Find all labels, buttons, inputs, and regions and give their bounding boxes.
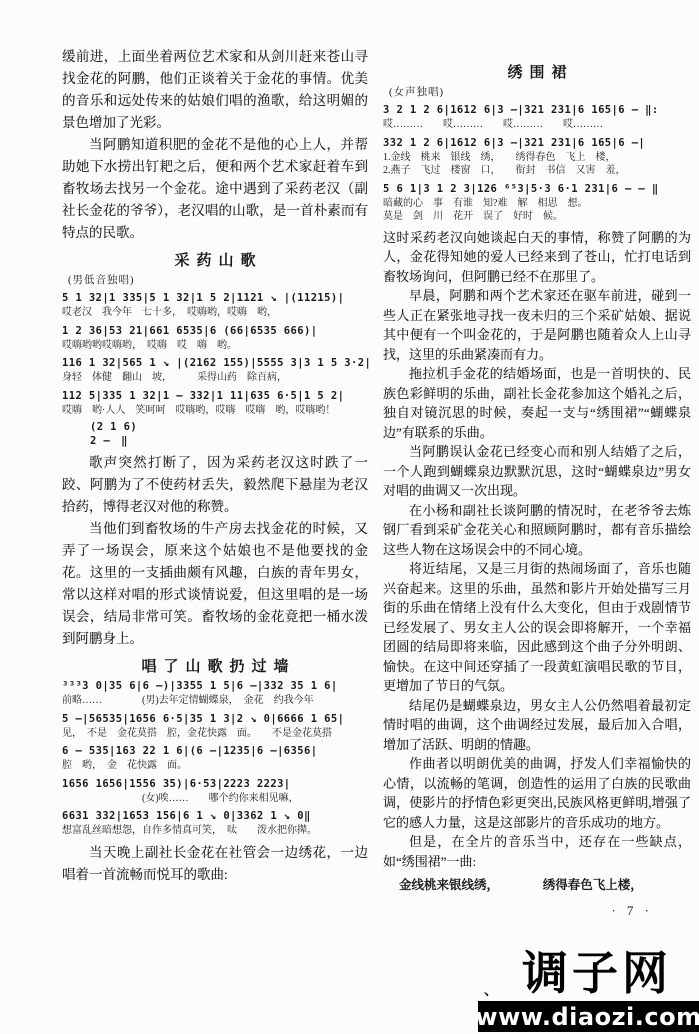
paragraph: 早晨，阿鹏和两个艺术家还在驱车前进，碰到一些人正在紧张地寻找一夜未归的三个采矿姑… bbox=[383, 286, 691, 364]
score-system: 5 1 32|1 335|5 1 32|1 5 2|1121 ↘ |(11215… bbox=[62, 290, 368, 320]
paragraph: 在小杨和副社长谈阿鹏的情况时，在老爷爷去炼钢厂看到采矿金花关心和照顾阿鹏时，都有… bbox=[383, 501, 691, 560]
score-system: 3 2 1 2 6|1612 6|3 —|321 231|6 165|6 — ‖… bbox=[383, 102, 691, 132]
score-system: 1 2 36|53 21|661 6535|6 (66|6535 666)| 哎… bbox=[62, 323, 368, 353]
notation-line: 3 2 1 2 6|1612 6|3 —|321 231|6 165|6 — ‖… bbox=[383, 102, 691, 118]
music-score-changle-shange: 唱了山歌扔过墙 ³³³3 0|35 6|6 —)|3355 1 5|6 —|33… bbox=[62, 655, 368, 838]
paragraph: 作曲者以明朗优美的曲调，抒发人们幸福愉快的心情，以流畅的笔调，创造性的运用了白族… bbox=[383, 754, 691, 832]
music-score-xiu-weiqun: 绣围裙 (女声独唱) 3 2 1 2 6|1612 6|3 —|321 231|… bbox=[383, 61, 691, 224]
lyric-line: 见， 不是 金花莫搭 腔，金花快露 面。 不是金花莫搭 bbox=[62, 727, 368, 741]
score-system: ³³³3 0|35 6|6 —)|3355 1 5|6 —|332 35 1 6… bbox=[62, 678, 368, 708]
scanned-document-page: 缓前进，上面坐着两位艺术家和从剑川赶来苍山寻找金花的阿鹏，他们正谈着关于金花的事… bbox=[0, 0, 699, 1034]
score-system: 6 — 535|163 22 1 6|(6 —|1235|6 —|6356| 腔… bbox=[62, 743, 368, 773]
lyric-line: 哎嗨 哟·人人 笑呵呵 哎嗨哟，哎嗨 哎嗨 哟，哎嗨哟！ bbox=[62, 404, 368, 418]
notation-line: 5 1 32|1 335|5 1 32|1 5 2|1121 ↘ |(11215… bbox=[62, 290, 368, 306]
music-score-caiyao-shange: 采药山歌 (男低音独唱) 5 1 32|1 335|5 1 32|1 5 2|1… bbox=[62, 249, 368, 448]
score-caption: (女声独唱) bbox=[389, 84, 691, 99]
lyric-line: 2.燕子 飞过 楼窗 口， 衔封 书信 又害 羞， bbox=[383, 164, 691, 178]
score-title: 唱了山歌扔过墙 bbox=[62, 655, 368, 676]
paragraph: 这时采药老汉向她谈起白天的事情，称赞了阿鹏的为人，金花得知她的爱人已经来到了苍山… bbox=[383, 228, 691, 287]
paragraph: 但是，在全片的音乐当中，还存在一些缺点，如“绣围裙”一曲: bbox=[383, 832, 691, 871]
quoted-lyric-line: 金线桃来银线绣， 绣得春色飞上楼， bbox=[399, 875, 691, 893]
watermark-url-bar: www.diaozi.com bbox=[478, 1001, 699, 1032]
lyric-line: 哎嗨哟哟哎嗨哟， 哎嗨 哎 嗨 哟。 bbox=[62, 339, 368, 353]
score-system: 6631 332|1653 156|6 1 ↘ 0|3362 1 ↘ 0‖ 想富… bbox=[62, 808, 368, 838]
notation-line: 5 —|56535|1656 6·5|35 1 3|2 ↘ 0|6666 1 6… bbox=[62, 711, 368, 727]
watermark-site-url: www.diaozi.com bbox=[475, 1005, 699, 1029]
lyric-line: 莫是 剑 川 花开 误了 好时 候。 bbox=[383, 210, 691, 224]
lyric-line: 哎老汉 我今年 七十多， 哎嗨哟，哎嗨 哟， bbox=[62, 306, 368, 320]
paragraph: 当天晚上副社长金花在社管会一边绣花，一边唱着一首流畅而悦耳的歌曲: bbox=[62, 842, 368, 886]
lyric-line: 腔 哟， 金 花快露 面。 bbox=[62, 759, 368, 773]
lyric-line: 1.金线 桃来 银线 绣， 绣得春色 飞上 楼， bbox=[383, 151, 691, 165]
paragraph: 当阿鹏知道积肥的金花不是他的心上人，并帮助她下水捞出钉耙之后，便和两个艺术家赶着… bbox=[62, 134, 368, 244]
score-title: 采药山歌 bbox=[62, 249, 368, 270]
lyric-line: 哎……… 哎……… 哎……… 哎……… bbox=[383, 118, 691, 132]
score-system: 1656 1656|1556 35)|6·53|2223 2223| (女)唉…… bbox=[62, 776, 368, 806]
score-system: 116 1 32|565 1 ↘ |(2162 155)|5555 3|3 1 … bbox=[62, 355, 368, 385]
paragraph: 当阿鹏误认金花已经变心而和别人结婚了之后，一个人跑到蝴蝶泉边默默沉思，这时“蝴蝶… bbox=[383, 442, 691, 501]
notation-line: 6 — 535|163 22 1 6|(6 —|1235|6 —|6356| bbox=[62, 743, 368, 759]
score-system: 112 5|335 1 32|1 — 332|1 11|635 6·5|1 5 … bbox=[62, 388, 368, 418]
score-system: 5 6 1|3 1 2 3|126 ⁶⁵3|5·3 6·1 231|6 — — … bbox=[383, 181, 691, 224]
page-number: · 7 · bbox=[383, 903, 653, 919]
notation-line: 2 — ‖ bbox=[90, 434, 368, 448]
score-caption: (男低音独唱) bbox=[68, 272, 368, 287]
notation-line: 116 1 32|565 1 ↘ |(2162 155)|5555 3|3 1 … bbox=[62, 355, 368, 371]
paragraph: 当他们到畜牧场的牛产房去找金花的时候，又弄了一场误会，原来这个姑娘也不是他要找的… bbox=[62, 518, 368, 650]
notation-line: 6631 332|1653 156|6 1 ↘ 0|3362 1 ↘ 0‖ bbox=[62, 808, 368, 824]
notation-line: 112 5|335 1 32|1 — 332|1 11|635 6·5|1 5 … bbox=[62, 388, 368, 404]
notation-line: ³³³3 0|35 6|6 —)|3355 1 5|6 —|332 35 1 6… bbox=[62, 678, 368, 694]
lyric-line: 前略…… (男)去年定情蝴蝶泉， 金花 约我今年 bbox=[62, 694, 368, 708]
score-title: 绣围裙 bbox=[383, 61, 691, 82]
notation-line: (2 1 6) bbox=[90, 420, 368, 434]
paragraph: 将近结尾，又是三月街的热闹场面了，音乐也随兴奋起来。这里的乐曲，虽然和影片开始处… bbox=[383, 559, 691, 696]
paragraph: 拖拉机手金花的结婚场面，也是一首明快的、民族色彩鲜明的乐曲，副社长金花参加这个婚… bbox=[383, 364, 691, 442]
watermark-mark: 、 bbox=[484, 980, 498, 1000]
lyric-line: 暗藏的心 事 有谁 知?难 解 相思 想。 bbox=[383, 197, 691, 211]
notation-line: 1 2 36|53 21|661 6535|6 (66|6535 666)| bbox=[62, 323, 368, 339]
score-system: 5 —|56535|1656 6·5|35 1 3|2 ↘ 0|6666 1 6… bbox=[62, 711, 368, 741]
score-system: 332 1 2 6|1612 6|3 —|321 231|6 165|6 —| … bbox=[383, 135, 691, 178]
score-ending: (2 1 6) 2 — ‖ bbox=[90, 420, 368, 448]
notation-line: 1656 1656|1556 35)|6·53|2223 2223| bbox=[62, 776, 368, 792]
right-column: 绣围裙 (女声独唱) 3 2 1 2 6|1612 6|3 —|321 231|… bbox=[383, 56, 691, 919]
notation-line: 332 1 2 6|1612 6|3 —|321 231|6 165|6 —| bbox=[383, 135, 691, 151]
lyric-line: (女)唉…… 哪个约你来相见嘛， bbox=[62, 792, 368, 806]
lyric-line: 身轻 体健 翻山 坡， 采得山药 除百病， bbox=[62, 371, 368, 385]
lyric-line: 想富乱丝暗想怨，自作多情真可笑， 呔 泼水把你撵。 bbox=[62, 824, 368, 838]
watermark-site-name: 调子网 bbox=[512, 948, 682, 999]
paragraph: 歌声突然打断了，因为采药老汉这时跌了一跤、阿鹏为了不使药材丢失，毅然爬下悬崖为老… bbox=[62, 452, 368, 518]
notation-line: 5 6 1|3 1 2 3|126 ⁶⁵3|5·3 6·1 231|6 — — … bbox=[383, 181, 691, 197]
paragraph: 结尾仍是蝴蝶泉边，男女主人公仍然唱着最初定情时唱的曲调，这个曲调经过发展，最后加… bbox=[383, 696, 691, 755]
left-column: 缓前进，上面坐着两位艺术家和从剑川赶来苍山寻找金花的阿鹏，他们正谈着关于金花的事… bbox=[62, 46, 368, 886]
paragraph: 缓前进，上面坐着两位艺术家和从剑川赶来苍山寻找金花的阿鹏，他们正谈着关于金花的事… bbox=[62, 46, 368, 134]
